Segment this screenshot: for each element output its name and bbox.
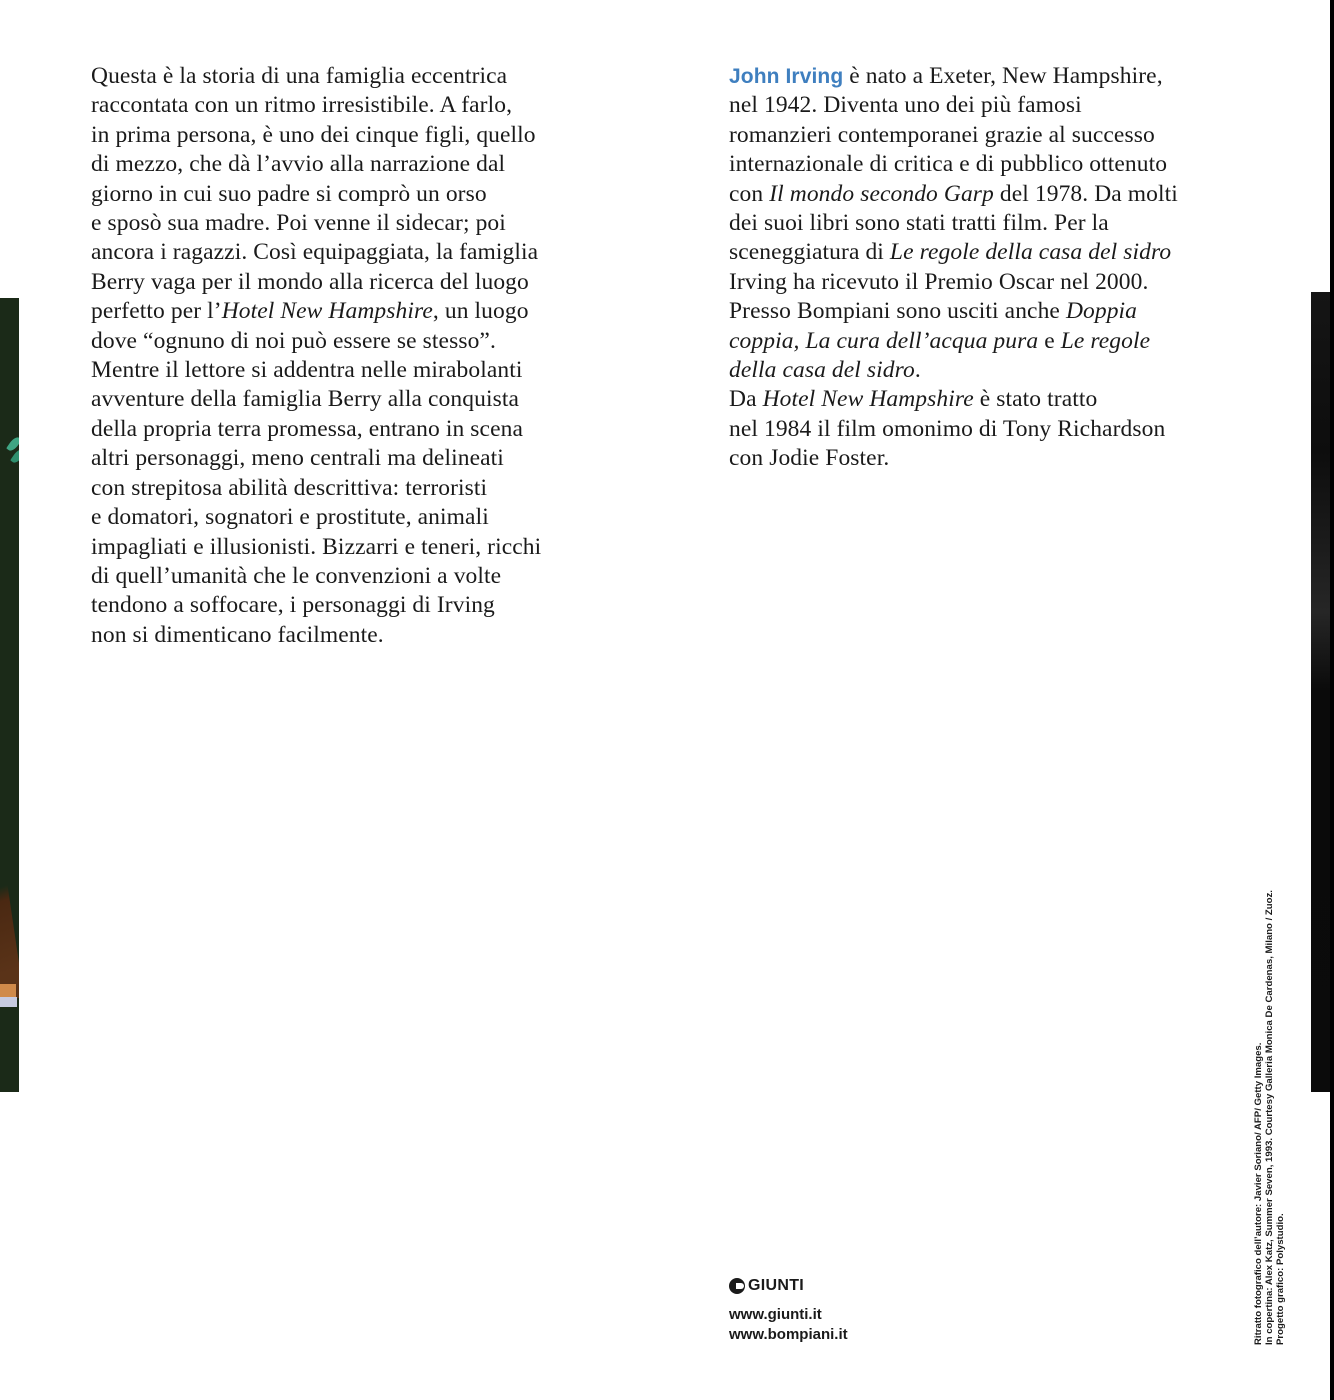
synopsis-line: non si dimenticano facilmente. [91, 621, 611, 650]
bio-line: Irving ha ricevuto il Premio Oscar nel 2… [729, 268, 1269, 297]
credit-line: Progetto grafico: Polystudio. [1275, 890, 1286, 1345]
giunti-logo-icon [729, 1278, 745, 1294]
book-title-italic: Hotel New Hampshire [763, 386, 974, 412]
book-title-italic: Le regole della casa del sidro [890, 239, 1171, 265]
page-edge-line [1330, 0, 1334, 1400]
book-title-italic: Hotel New Hampshire [222, 298, 433, 324]
book-title-italic: Doppia [1066, 298, 1137, 324]
synopsis-line: Berry vaga per il mondo alla ricerca del… [91, 268, 611, 297]
book-title-italic: della casa del sidro [729, 357, 915, 383]
bio-line: romanzieri contemporanei grazie al succe… [729, 121, 1269, 150]
figure-hand-shape [0, 984, 16, 998]
bio-line: nel 1984 il film omonimo di Tony Richard… [729, 415, 1269, 444]
bio-text-segment: sceneggiatura di [729, 239, 890, 265]
giunti-website-link[interactable]: www.giunti.it [729, 1305, 848, 1325]
synopsis-line: con strepitosa abilità descrittiva: terr… [91, 474, 611, 503]
bio-line: internazionale di critica e di pubblico … [729, 150, 1269, 179]
bio-text-segment: è nato a Exeter, New Hampshire, [843, 63, 1162, 89]
synopsis-line: impagliati e illusionisti. Bizzarri e te… [91, 533, 611, 562]
synopsis-line: e domatori, sognatori e prostitute, anim… [91, 503, 611, 532]
bio-text-segment: con [729, 181, 769, 207]
bio-line: John Irving è nato a Exeter, New Hampshi… [729, 62, 1269, 91]
bio-text-segment: . [915, 357, 921, 383]
synopsis-line: raccontata con un ritmo irresistibile. A… [91, 91, 611, 120]
synopsis-line: di mezzo, che dà l’avvio alla narrazione… [91, 150, 611, 179]
author-bio: John Irving è nato a Exeter, New Hampshi… [729, 62, 1269, 474]
synopsis-text-segment: perfetto per l’ [91, 298, 222, 324]
synopsis-text-segment: , un luogo [433, 298, 529, 324]
book-title-italic: coppia, La cura dell’acqua pura [729, 328, 1038, 354]
synopsis-line: giorno in cui suo padre si comprò un ors… [91, 180, 611, 209]
bio-line: Da Hotel New Hampshire è stato tratto [729, 385, 1269, 414]
publisher-block: GIUNTI www.giunti.it www.bompiani.it [729, 1275, 848, 1345]
bio-text-segment: Presso Bompiani sono usciti anche [729, 298, 1066, 324]
synopsis-line: tendono a soffocare, i personaggi di Irv… [91, 591, 611, 620]
author-name: John Irving [729, 65, 843, 88]
bio-line: Presso Bompiani sono usciti anche Doppia [729, 297, 1269, 326]
synopsis-line: altri personaggi, meno centrali ma delin… [91, 444, 611, 473]
book-title-italic: Le regole [1061, 328, 1150, 354]
bio-line: coppia, La cura dell’acqua pura e Le reg… [729, 327, 1269, 356]
bio-text-segment: e [1038, 328, 1060, 354]
synopsis-line: e sposò sua madre. Poi venne il sidecar;… [91, 209, 611, 238]
bio-text-segment: del 1978. Da molti [994, 181, 1178, 207]
synopsis-line: Questa è la storia di una famiglia eccen… [91, 62, 611, 91]
synopsis-line: avventure della famiglia Berry alla conq… [91, 385, 611, 414]
synopsis-line: dove “ognuno di noi può essere se stesso… [91, 327, 611, 356]
figure-coat-shape [0, 858, 19, 998]
synopsis-line: in prima persona, è uno dei cinque figli… [91, 121, 611, 150]
synopsis-line: ancora i ragazzi. Così equipaggiata, la … [91, 238, 611, 267]
credit-line: Ritratto fotografico dell’autore: Javier… [1253, 890, 1264, 1345]
credit-line: In copertina: Alex Katz, Summer Seven, 1… [1264, 890, 1275, 1345]
bio-text-segment: è stato tratto [974, 386, 1098, 412]
bompiani-website-link[interactable]: www.bompiani.it [729, 1325, 848, 1345]
synopsis-line: Mentre il lettore si addentra nelle mira… [91, 356, 611, 385]
synopsis-line: di quell’umanità che le convenzioni a vo… [91, 562, 611, 591]
synopsis-line: perfetto per l’Hotel New Hampshire, un l… [91, 297, 611, 326]
book-title-italic: Il mondo secondo Garp [769, 181, 994, 207]
bio-line: nel 1942. Diventa uno dei più famosi [729, 91, 1269, 120]
publisher-links: www.giunti.it www.bompiani.it [729, 1305, 848, 1345]
bio-line: sceneggiatura di Le regole della casa de… [729, 238, 1269, 267]
giunti-logo: GIUNTI [729, 1275, 848, 1297]
bio-line: dei suoi libri sono stati tratti film. P… [729, 209, 1269, 238]
bio-line: con Jodie Foster. [729, 444, 1269, 473]
front-cover-art-strip [0, 298, 19, 1092]
synopsis-line: della propria terra promessa, entrano in… [91, 415, 611, 444]
figure-cuff-shape [0, 997, 17, 1007]
image-credits: Ritratto fotografico dell’autore: Javier… [1253, 890, 1286, 1345]
bio-line: della casa del sidro. [729, 356, 1269, 385]
synopsis-text: Questa è la storia di una famiglia eccen… [91, 62, 611, 650]
bio-line: con Il mondo secondo Garp del 1978. Da m… [729, 180, 1269, 209]
bio-text-segment: Da [729, 386, 763, 412]
giunti-wordmark: GIUNTI [748, 1277, 804, 1295]
